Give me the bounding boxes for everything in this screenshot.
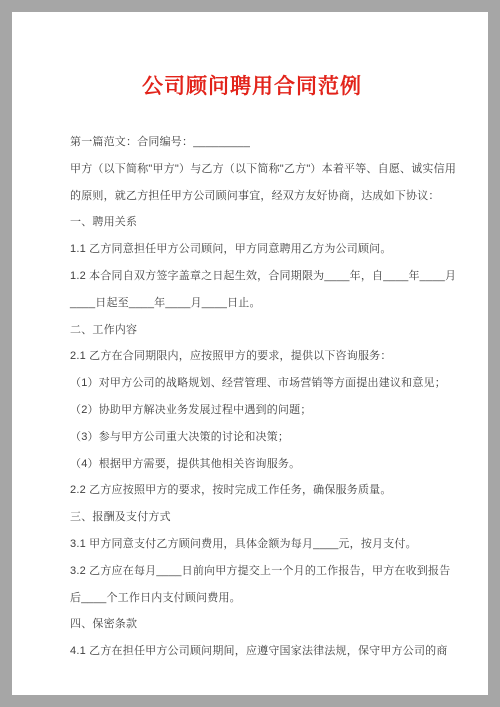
clause-2-2: 2.2 乙方应按照甲方的要求，按时完成工作任务，确保服务质量。 [70, 477, 434, 504]
section-3-heading: 三、报酬及支付方式 [70, 504, 434, 531]
section-1-heading: 一、聘用关系 [70, 209, 434, 236]
clause-2-1-item-1: （1）对甲方公司的战略规划、经营管理、市场营销等方面提出建议和意见； [70, 370, 434, 397]
clause-2-1-item-2: （2）协助甲方解决业务发展过程中遇到的问题； [70, 397, 434, 424]
document-title: 公司顾问聘用合同范例 [70, 72, 434, 102]
clause-2-1-item-3: （3）参与甲方公司重大决策的讨论和决策； [70, 424, 434, 451]
clause-3-2-line-1: 3.2 乙方应在每月____日前向甲方提交上一个月的工作报告，甲方在收到报告 [70, 558, 434, 585]
clause-3-2-line-2: 后____个工作日内支付顾问费用。 [70, 585, 434, 612]
clause-1-1: 1.1 乙方同意担任甲方公司顾问，甲方同意聘用乙方为公司顾问。 [70, 236, 434, 263]
clause-1-2-line-1: 1.2 本合同自双方签字盖章之日起生效，合同期限为____年，自____年___… [70, 263, 434, 290]
clause-2-1-item-4: （4）根据甲方需要，提供其他相关咨询服务。 [70, 451, 434, 478]
clause-3-1: 3.1 甲方同意支付乙方顾问费用，具体金额为每月____元，按月支付。 [70, 531, 434, 558]
party-intro-line-2: 的原则，就乙方担任甲方公司顾问事宜，经双方友好协商，达成如下协议： [70, 183, 434, 210]
document-body: 第一篇范文：合同编号：_________ 甲方（以下简称"甲方"）与乙方（以下简… [70, 129, 434, 665]
section-2-heading: 二、工作内容 [70, 317, 434, 344]
contract-number-line: 第一篇范文：合同编号：_________ [70, 129, 434, 156]
page-background: 公司顾问聘用合同范例 第一篇范文：合同编号：_________ 甲方（以下简称"… [0, 0, 500, 707]
party-intro-line-1: 甲方（以下简称"甲方"）与乙方（以下简称"乙方"）本着平等、自愿、诚实信用 [70, 156, 434, 183]
clause-2-1: 2.1 乙方在合同期限内，应按照甲方的要求，提供以下咨询服务： [70, 343, 434, 370]
section-4-heading: 四、保密条款 [70, 611, 434, 638]
clause-1-2-line-2: ____日起至____年____月____日止。 [70, 290, 434, 317]
document-page: 公司顾问聘用合同范例 第一篇范文：合同编号：_________ 甲方（以下简称"… [12, 12, 488, 695]
clause-4-1: 4.1 乙方在担任甲方公司顾问期间，应遵守国家法律法规，保守甲方公司的商 [70, 638, 434, 665]
